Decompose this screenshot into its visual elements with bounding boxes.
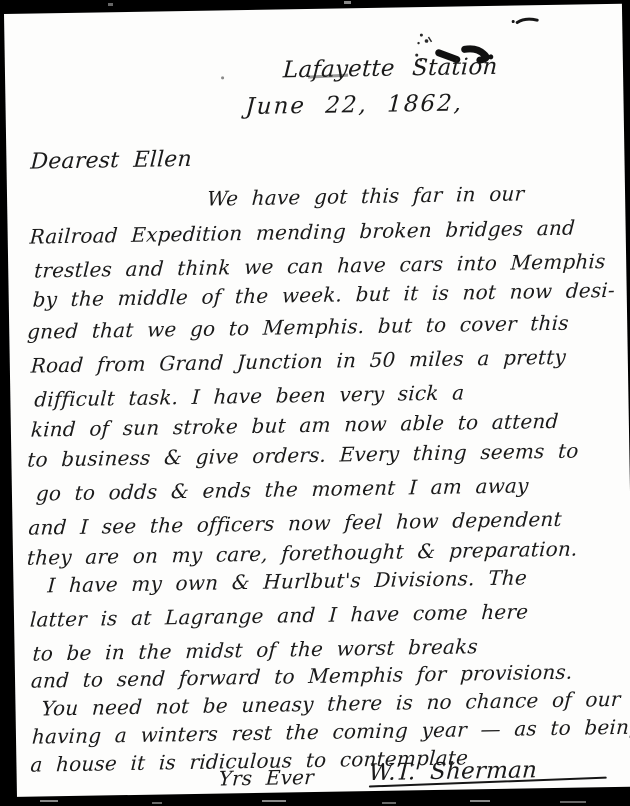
letter-line: and to send forward to Memphis for provi… (30, 660, 573, 693)
scan-speckle (382, 802, 396, 804)
letter-line: Railroad Expedition mending broken bridg… (29, 216, 576, 249)
letter-line: and I see the officers now feel how depe… (28, 507, 563, 540)
letter-line: latter is at Lagrange and I have come he… (29, 599, 529, 631)
letter-line: by the middle of the week. but it is not… (32, 278, 616, 312)
letter-line: I have my own & Hurlbut's Divisions. The (47, 565, 528, 597)
letter-line: they are on my care, forethought & prepa… (26, 537, 578, 570)
scan-dot-artifact (221, 76, 224, 79)
letter-line: gned that we go to Memphis. but to cover… (27, 311, 570, 344)
letter-line: kind of sun stroke but am now able to at… (30, 409, 559, 442)
letter-line: Road from Grand Junction in 50 miles a p… (30, 345, 566, 378)
scan-speckle (560, 801, 586, 803)
scan-speckle (262, 800, 286, 802)
heading-date: June 22, 1862, (245, 90, 464, 120)
scan-speckle (344, 1, 351, 4)
scan-speckle (470, 800, 490, 802)
letter-page: Lafayette Station June 22, 1862, Dearest… (4, 4, 630, 797)
letter-line: go to odds & ends the moment I am away (35, 473, 529, 505)
scan-speckle (40, 800, 58, 802)
letter-line: to business & give orders. Every thing s… (27, 439, 580, 472)
closing: Yrs Ever (218, 765, 315, 791)
scanned-letter-image: Lafayette Station June 22, 1862, Dearest… (0, 0, 630, 806)
letter-line: We have got this far in our (206, 181, 525, 210)
letter-line: having a winters rest the coming year — … (31, 714, 630, 749)
letter-line: trestles and think we can have cars into… (34, 249, 607, 282)
letter-line: to be in the midst of the worst breaks (32, 634, 479, 665)
heading-place: Lafayette Station (282, 54, 498, 84)
salutation: Dearest Ellen (30, 147, 193, 175)
letter-line: difficult task. I have been very sick a (34, 380, 465, 411)
scan-speckle (152, 802, 162, 804)
scan-speckle (108, 3, 113, 6)
